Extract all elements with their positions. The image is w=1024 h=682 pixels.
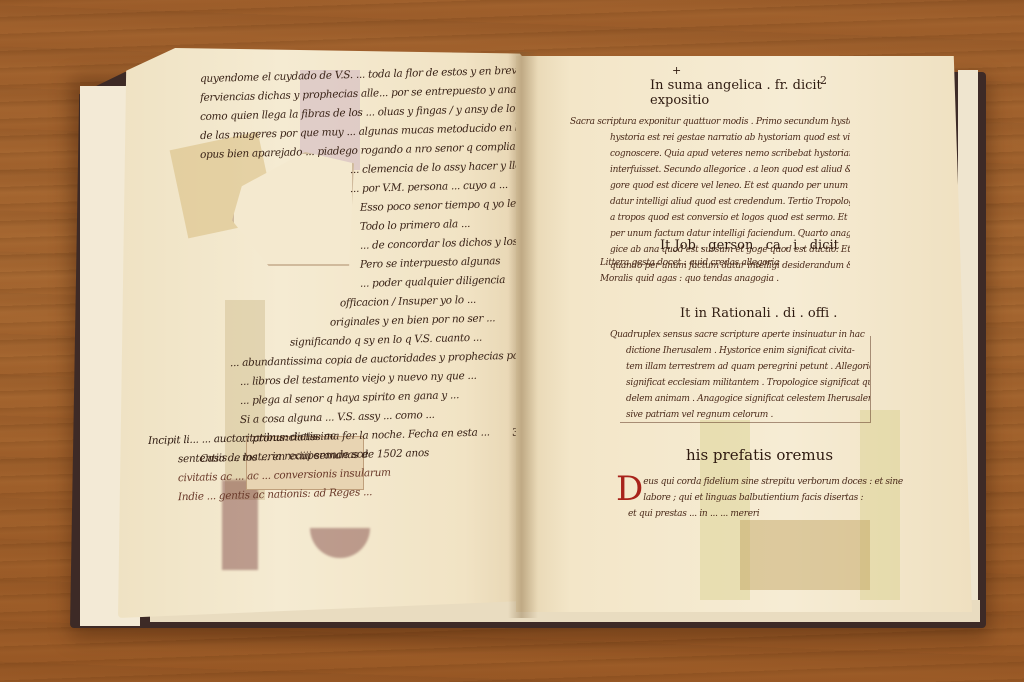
text-line: hystoria est rei gestae narratio ab hyst… [570, 130, 850, 146]
photo-scene: quyendome el cuydado de V.S. ... toda la… [0, 0, 1024, 682]
book-gutter [508, 52, 538, 618]
repair-tape [740, 520, 870, 590]
text-line: Sacra scriptura exponitur quattuor modis… [570, 114, 850, 130]
rubric-initial: D [616, 474, 643, 504]
text-line: labore ; qui et linguas balbutientium fa… [643, 490, 903, 506]
right-section-4: his prefatis oremus D eus qui corda fide… [616, 446, 896, 522]
text-line: a tropos quod est conversio et logos quo… [570, 210, 850, 226]
text-line: eus qui corda fidelium sine strepitu ver… [643, 474, 903, 490]
text-line: et qui prestas ... in ... ... mereri [616, 506, 896, 522]
text-line: Littera gesta docet : quid credas allego… [600, 255, 840, 271]
right-section-2: It Job . gerson . ca . i . dicit Littera… [600, 238, 840, 287]
incipit-block: Incipit li... ... auctoritatibus: dictis… [148, 432, 520, 508]
section-heading: It in Rationali . di . offi . [610, 306, 870, 321]
left-page-text: quyendome el cuydado de V.S. ... toda la… [200, 70, 520, 469]
section-heading: It Job . gerson . ca . i . dicit [600, 238, 840, 253]
text-frame [620, 336, 871, 423]
text-line: Moralis quid agas : quo tendas anagogia … [600, 271, 840, 287]
text-line: gore quod est dicere vel leneo. Et est q… [570, 178, 850, 194]
section-heading: In suma angelica . fr. dicit expositio [570, 78, 850, 108]
text-line: interfuisset. Secundo allegorice . a leo… [570, 162, 850, 178]
section-heading: his prefatis oremus [616, 446, 896, 464]
text-line: datur intelligi aliud quod est credendum… [570, 194, 850, 210]
cross-mark: + [672, 64, 681, 77]
text-line: cognoscere. Quia apud veteres nemo scrib… [570, 146, 850, 162]
